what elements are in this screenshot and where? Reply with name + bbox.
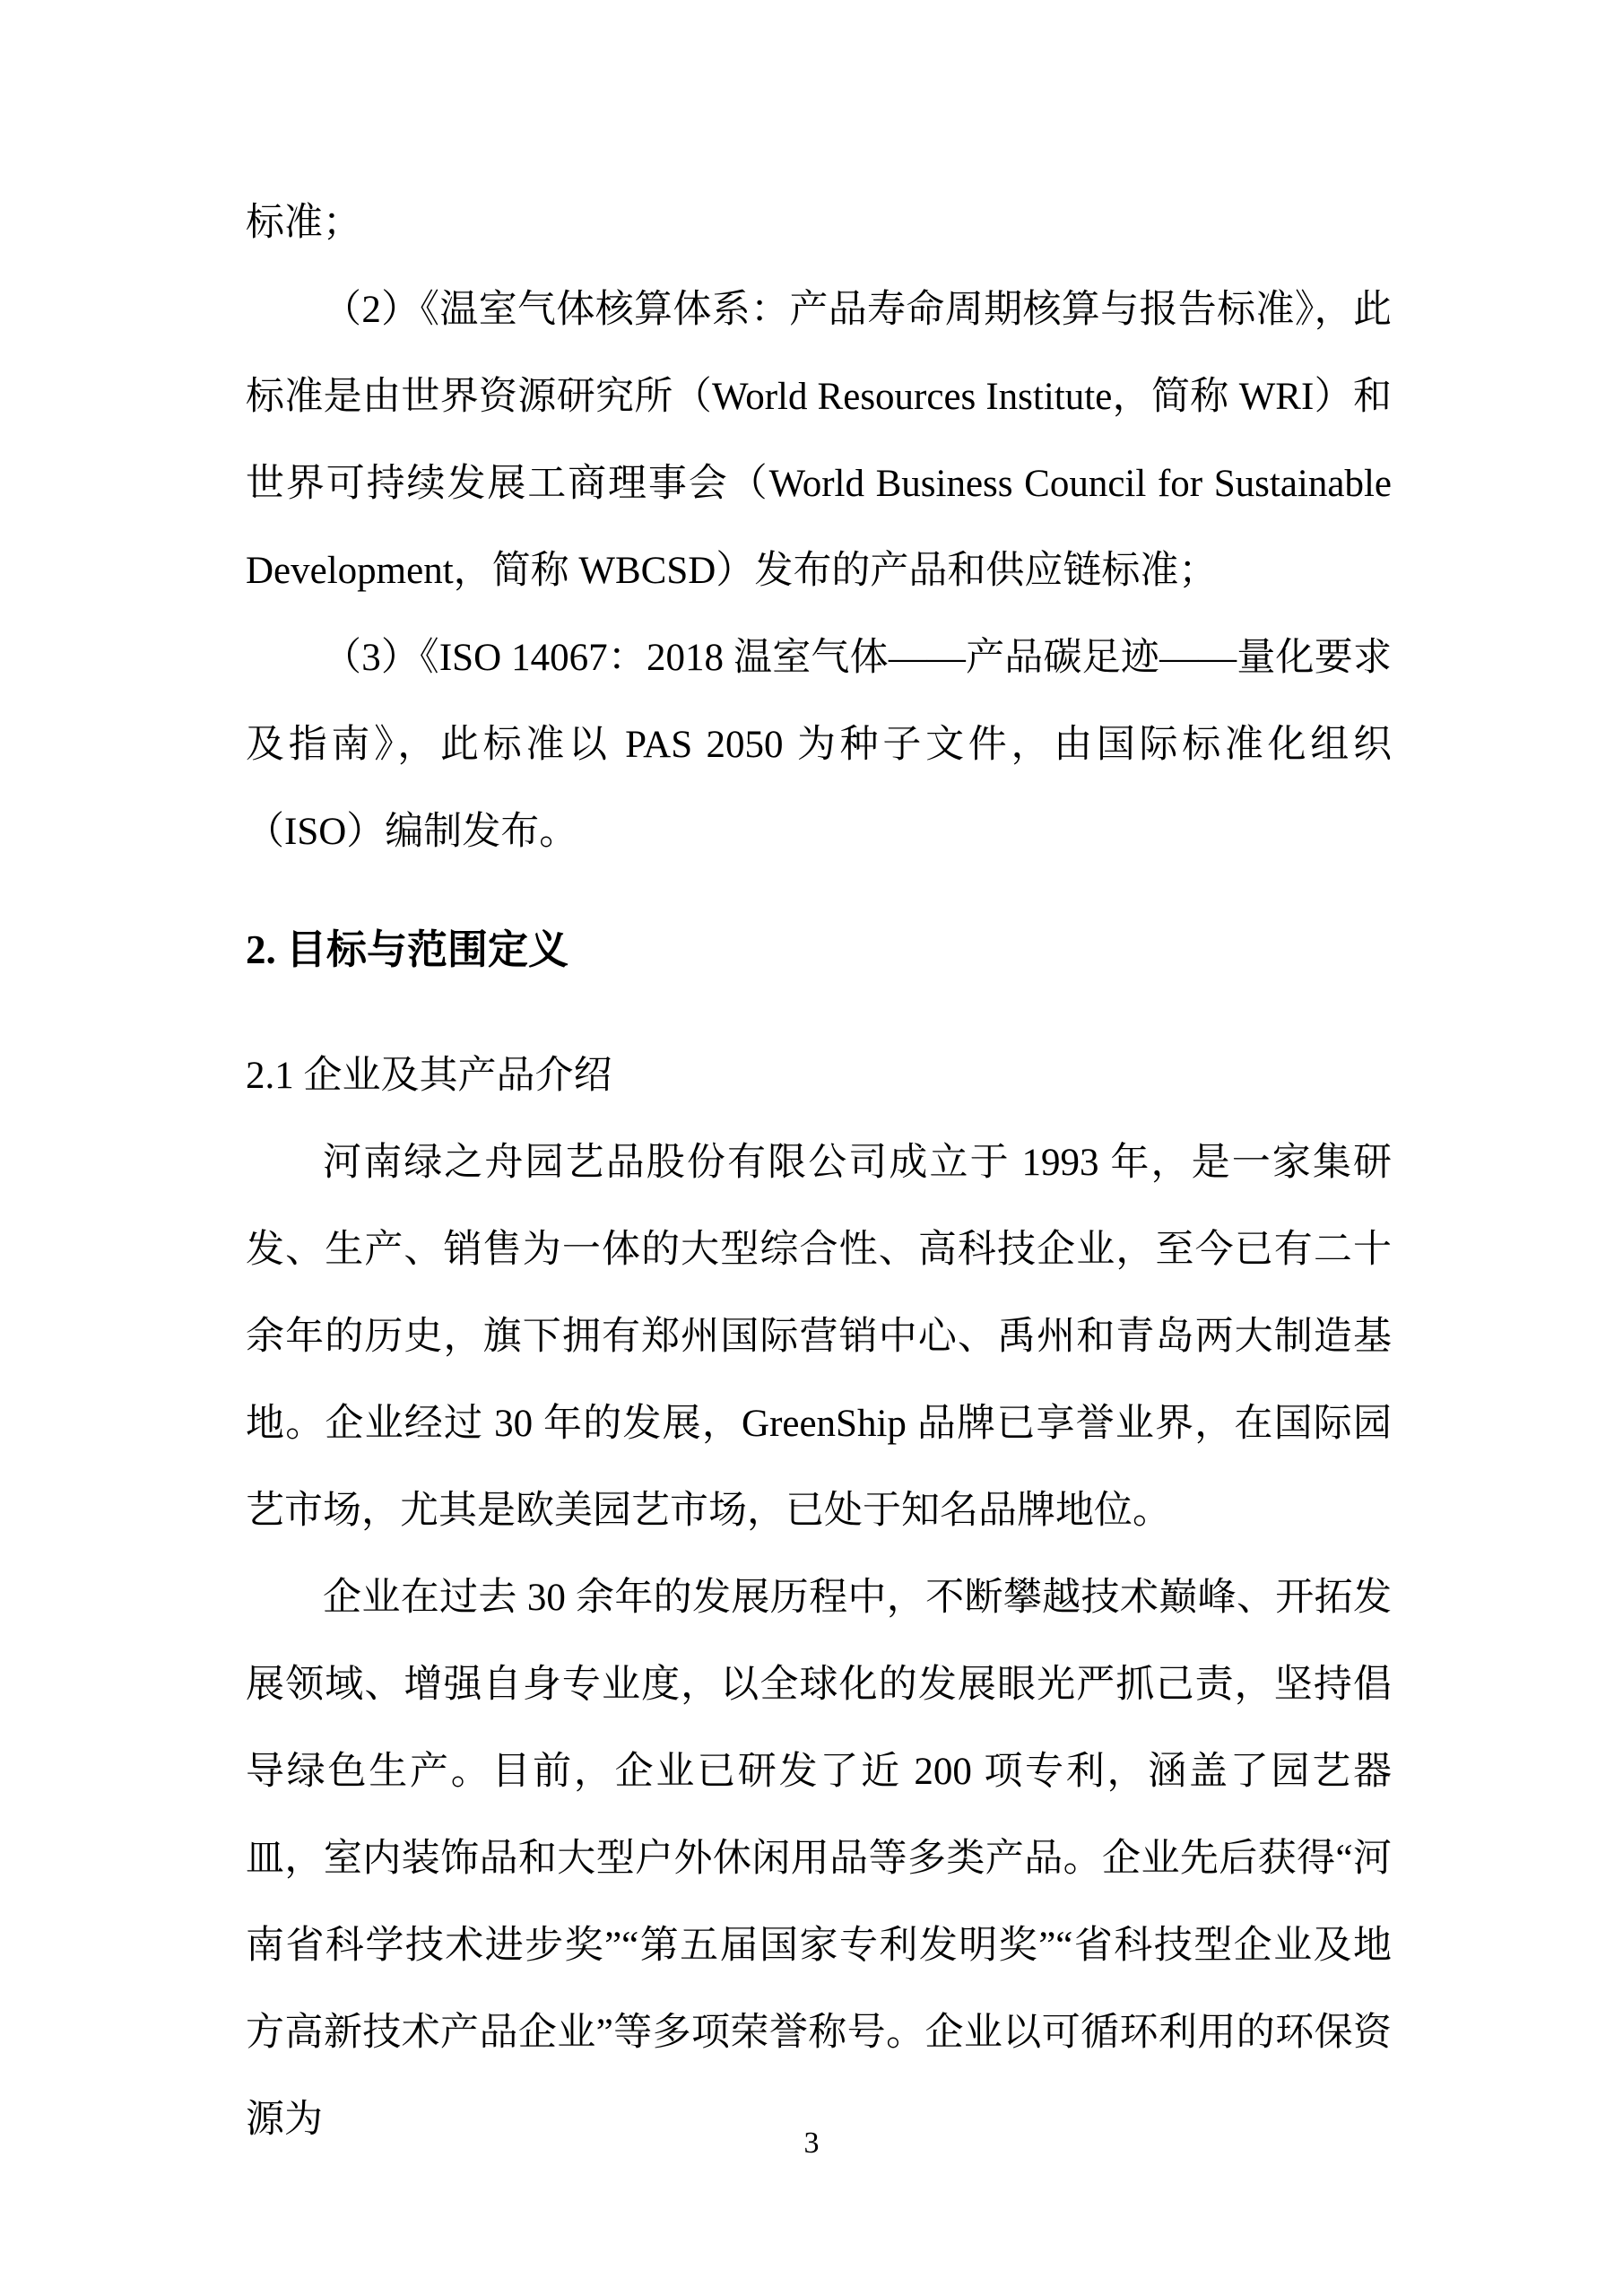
section-heading: 2. 目标与范围定义 xyxy=(246,907,1392,994)
paragraph-standard-3: （3）《ISO 14067：2018 温室气体——产品碳足迹——量化要求及指南》… xyxy=(246,614,1392,875)
paragraph-standard-1-continuation: 标准； xyxy=(246,179,1392,266)
paragraph-company-achievements: 企业在过去 30 余年的发展历程中，不断攀越技术巅峰、开拓发展领域、增强自身专业… xyxy=(246,1554,1392,2163)
subsection-heading: 2.1 企业及其产品介绍 xyxy=(246,1032,1392,1119)
page-content: 标准； （2）《温室气体核算体系：产品寿命周期核算与报告标准》，此标准是由世界资… xyxy=(0,0,1623,2163)
paragraph-company-intro: 河南绿之舟园艺品股份有限公司成立于 1993 年，是一家集研发、生产、销售为一体… xyxy=(246,1119,1392,1554)
document-page: 标准； （2）《温室气体核算体系：产品寿命周期核算与报告标准》，此标准是由世界资… xyxy=(0,0,1623,2296)
paragraph-standard-2: （2）《温室气体核算体系：产品寿命周期核算与报告标准》，此标准是由世界资源研究所… xyxy=(246,266,1392,614)
page-number: 3 xyxy=(0,2124,1623,2163)
